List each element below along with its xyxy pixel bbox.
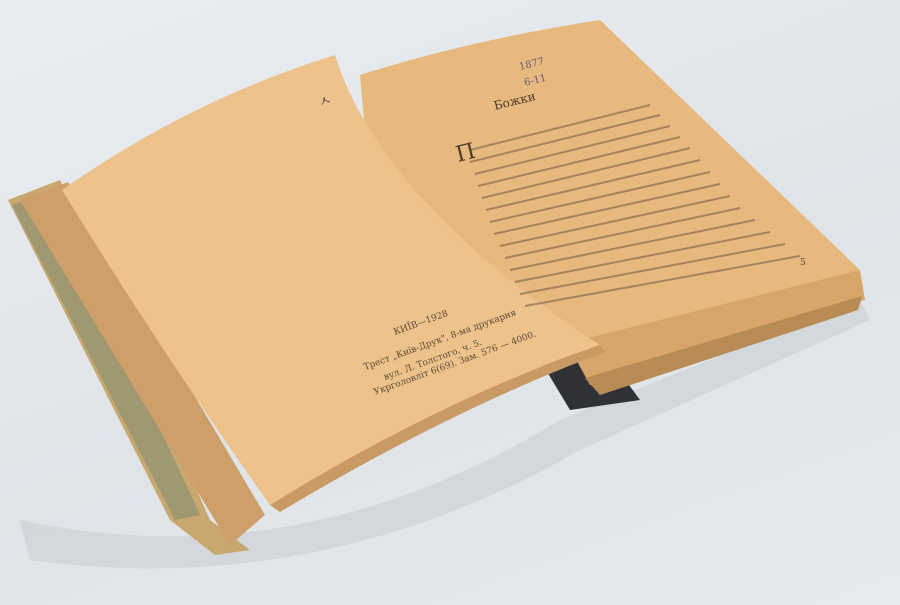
book-photo: Божки 1877 6-11 П 5 КИЇВ—1928 Трест „Киї…	[0, 0, 900, 605]
page-number: 5	[800, 258, 806, 268]
